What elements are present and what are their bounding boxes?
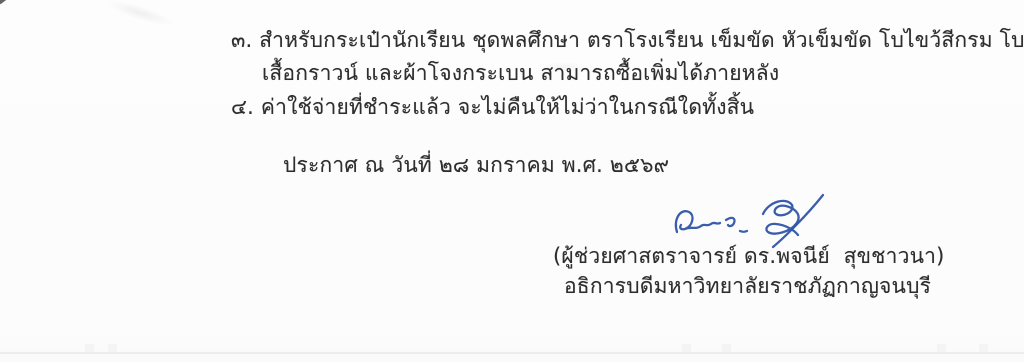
scan-artifact-dot [682,344,691,352]
scan-artifact-dot [979,344,988,352]
clause-4-line: ๔. ค่าใช้จ่ายที่ชำระแล้ว จะไม่คืนให้ไม่ว… [231,93,754,122]
signer-name: (ผู้ช่วยศาสตราจารย์ ดร.พจนีย์ สุขชาวนา) [553,242,945,271]
signer-title: อธิการบดีมหาวิทยาลัยราชภัฏกาญจนบุรี [564,272,931,301]
announcement-date-line: ประกาศ ณ วันที่ ๒๘ มกราคม พ.ศ. ๒๕๖๙ [283,151,669,180]
scan-artifact-dot [722,344,731,352]
scan-artifact-dot [937,344,946,352]
clause-3-line-2: เสื้อกราวน์ และผ้าโจงกระเบน สามารถซื้อเพ… [262,59,779,88]
scan-artifact-dot [85,344,94,352]
scanned-document-page: ๓. สำหรับกระเป๋านักเรียน ชุดพลศึกษา ตราโ… [0,0,1024,362]
scan-smudge [105,0,176,30]
scan-artifact-dot [108,344,117,352]
scan-corner-artifact [0,0,11,5]
clause-3-line-1: ๓. สำหรับกระเป๋านักเรียน ชุดพลศึกษา ตราโ… [231,26,1024,55]
scan-bottom-edge [0,352,1024,354]
